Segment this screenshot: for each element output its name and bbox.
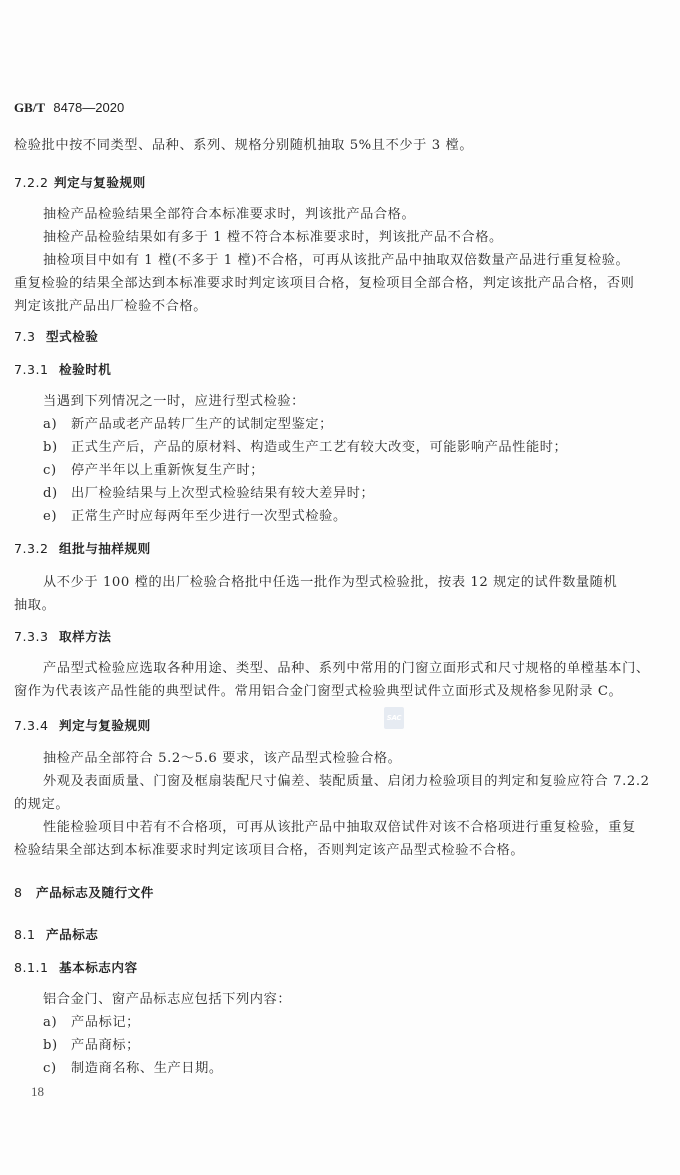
paragraph: 性能检验项目中若有不合格项，可再从该批产品中抽取双倍试件对该不合格项进行重复检验… — [43, 819, 636, 837]
list-text: 产品商标； — [71, 1038, 140, 1053]
section-title: 型式检验 — [46, 329, 98, 344]
list-label: d) — [43, 485, 71, 503]
section-title: 判定与复验规则 — [54, 175, 146, 190]
list-text: 停产半年以上重新恢复生产时； — [71, 463, 264, 478]
section-heading-7-2-2: 7.2.2判定与复验规则 — [14, 174, 146, 192]
paragraph: 抽检项目中如有 1 樘(不多于 1 樘)不合格，可再从该批产品中抽取双倍数量产品… — [43, 252, 629, 270]
section-number: 8.1.1 — [14, 959, 59, 977]
list-text: 制造商名称、生产日期。 — [71, 1061, 223, 1076]
paragraph: 从不少于 100 樘的出厂检验合格批中任选一批作为型式检验批，按表 12 规定的… — [43, 574, 617, 592]
list-label: c) — [43, 462, 71, 480]
section-number: 8.1 — [14, 926, 46, 944]
section-number: 7.2.2 — [14, 174, 54, 192]
paragraph-continuation: 窗作为代表该产品性能的典型试件。常用铝合金门窗型式检验典型试件立面形式及规格参见… — [14, 683, 622, 701]
list-text: 新产品或老产品转厂生产的试制定型鉴定； — [71, 417, 333, 432]
list-label: a) — [43, 416, 71, 434]
paragraph: 产品型式检验应选取各种用途、类型、品种、系列中常用的门窗立面形式和尺寸规格的单樘… — [43, 660, 650, 678]
section-heading-7-3: 7.3型式检验 — [14, 328, 98, 346]
list-label: a) — [43, 1014, 71, 1032]
list-item: c)停产半年以上重新恢复生产时； — [43, 462, 264, 480]
list-text: 正常生产时应每两年至少进行一次型式检验。 — [71, 509, 347, 524]
page-number: 18 — [31, 1084, 44, 1100]
paragraph-continuation: 的规定。 — [14, 796, 69, 814]
section-number: 7.3.1 — [14, 361, 59, 379]
list-item: d)出厂检验结果与上次型式检验结果有较大差异时； — [43, 485, 374, 503]
section-title: 检验时机 — [59, 362, 111, 377]
section-heading-7-3-2: 7.3.2组批与抽样规则 — [14, 540, 151, 558]
section-title: 基本标志内容 — [59, 960, 138, 975]
paragraph: 外观及表面质量、门窗及框扇装配尺寸偏差、装配质量、启闭力检验项目的判定和复验应符… — [43, 773, 650, 791]
paragraph-continuation: 抽取。 — [14, 597, 55, 615]
list-item: a)产品标记； — [43, 1014, 140, 1032]
section-heading-8-1-1: 8.1.1基本标志内容 — [14, 959, 138, 977]
list-text: 正式生产后，产品的原材料、构造或生产工艺有较大改变，可能影响产品性能时； — [71, 440, 567, 455]
paragraph: 抽检产品检验结果全部符合本标准要求时，判该批产品合格。 — [43, 206, 415, 224]
list-label: e) — [43, 508, 71, 526]
paragraph-continuation: 判定该批产品出厂检验不合格。 — [14, 298, 207, 316]
section-title: 产品标志及随行文件 — [36, 885, 154, 900]
section-title: 产品标志 — [46, 927, 98, 942]
section-number: 7.3.3 — [14, 628, 59, 646]
section-number: 7.3.4 — [14, 717, 59, 735]
list-text: 产品标记； — [71, 1015, 140, 1030]
section-title: 取样方法 — [59, 629, 111, 644]
section-number: 7.3.2 — [14, 540, 59, 558]
section-number: 8 — [14, 884, 36, 902]
section-title: 组批与抽样规则 — [59, 541, 151, 556]
section-title: 判定与复验规则 — [59, 718, 151, 733]
list-label: b) — [43, 439, 71, 457]
section-heading-8: 8产品标志及随行文件 — [14, 884, 154, 902]
paragraph: 抽检产品检验结果如有多于 1 樘不符合本标准要求时，判该批产品不合格。 — [43, 229, 503, 247]
list-item: b)正式生产后，产品的原材料、构造或生产工艺有较大改变，可能影响产品性能时； — [43, 439, 567, 457]
lot-sampling-paragraph: 检验批中按不同类型、品种、系列、规格分别随机抽取 5%且不少于 3 樘。 — [14, 137, 473, 155]
paragraph-continuation: 重复检验的结果全部达到本标准要求时判定该项目合格，复检项目全部合格，判定该批产品… — [14, 275, 634, 293]
list-item: a)新产品或老产品转厂生产的试制定型鉴定； — [43, 416, 333, 434]
sac-watermark-logo: SAC — [384, 707, 404, 729]
standard-prefix: GB/T — [14, 100, 45, 115]
list-item: b)产品商标； — [43, 1037, 140, 1055]
paragraph: 当遇到下列情况之一时，应进行型式检验： — [43, 393, 305, 411]
list-item: e)正常生产时应每两年至少进行一次型式检验。 — [43, 508, 347, 526]
list-label: b) — [43, 1037, 71, 1055]
paragraph: 抽检产品全部符合 5.2～5.6 要求，该产品型式检验合格。 — [43, 750, 401, 768]
paragraph: 铝合金门、窗产品标志应包括下列内容： — [43, 991, 291, 1009]
section-heading-7-3-1: 7.3.1检验时机 — [14, 361, 111, 379]
section-number: 7.3 — [14, 328, 46, 346]
list-label: c) — [43, 1060, 71, 1078]
paragraph-continuation: 检验结果全部达到本标准要求时判定该项目合格，否则判定该产品型式检验不合格。 — [14, 842, 524, 860]
section-heading-8-1: 8.1产品标志 — [14, 926, 98, 944]
list-item: c)制造商名称、生产日期。 — [43, 1060, 223, 1078]
standard-number: 8478—2020 — [53, 100, 124, 115]
section-heading-7-3-3: 7.3.3取样方法 — [14, 628, 111, 646]
standard-identifier: GB/T 8478—2020 — [14, 99, 124, 118]
section-heading-7-3-4: 7.3.4判定与复验规则 — [14, 717, 151, 735]
list-text: 出厂检验结果与上次型式检验结果有较大差异时； — [71, 486, 374, 501]
document-page: GB/T 8478—2020 检验批中按不同类型、品种、系列、规格分别随机抽取 … — [0, 0, 680, 1175]
